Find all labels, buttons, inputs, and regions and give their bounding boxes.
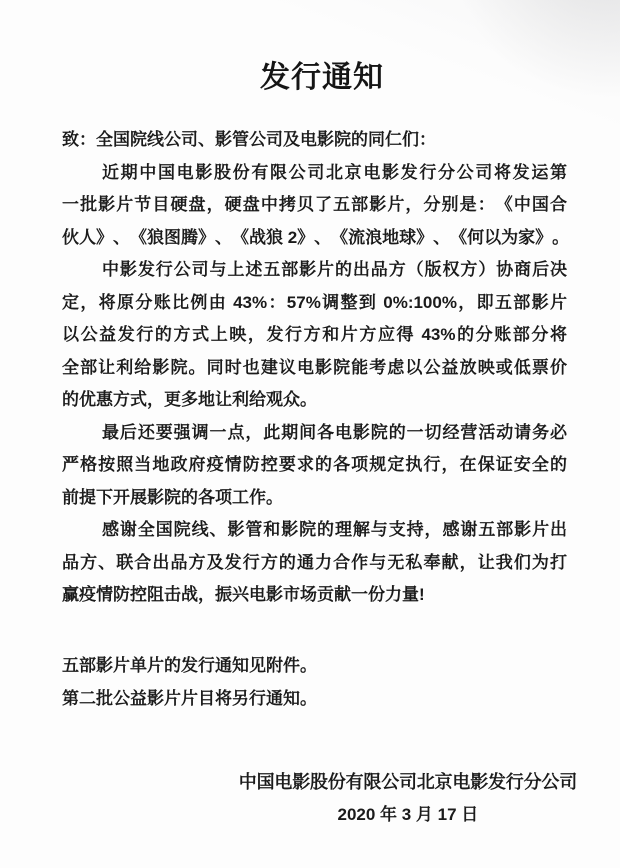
- document-body-text: 致：全国院线公司、影管公司及电影院的同仁们：近期中国电影股份有限公司北京电影发行…: [62, 124, 567, 612]
- body-text-line: 感谢全国院线、影管和影院的理解与支持，感谢五部影片出: [62, 514, 567, 547]
- body-text-line: 一批影片节目硬盘，硬盘中拷贝了五部影片，分别是：《中国合: [62, 189, 567, 222]
- body-text-line: 的优惠方式，更多地让利给观众。: [62, 384, 567, 417]
- body-text-line: 中影发行公司与上述五部影片的出品方（版权方）协商后决: [62, 254, 567, 287]
- body-text-line: 近期中国电影股份有限公司北京电影发行分公司将发运第: [62, 157, 567, 190]
- body-text-line: 最后还要强调一点，此期间各电影院的一切经营活动请务必: [62, 417, 567, 450]
- body-text-line: 赢疫情防控阻击战，振兴电影市场贡献一份力量!: [62, 579, 567, 612]
- signature-date: 2020 年 3 月 17 日: [239, 799, 577, 832]
- body-text-line: 严格按照当地政府疫情防控要求的各项规定执行，在保证安全的: [62, 449, 567, 482]
- body-text-line: 以公益发行的方式上映，发行方和片方应得 43%的分账部分将: [62, 319, 567, 352]
- body-text-line: 定，将原分账比例由 43%：57%调整到 0%:100%，即五部影片: [62, 287, 567, 320]
- body-text-line: 品方、联合出品方及发行方的通力合作与无私奉献，让我们为打: [62, 547, 567, 580]
- attachment-notes: 五部影片单片的发行通知见附件。第二批公益影片片目将另行通知。: [62, 650, 567, 715]
- document-title: 发行通知: [12, 60, 620, 96]
- body-text-line: 致：全国院线公司、影管公司及电影院的同仁们：: [62, 124, 567, 157]
- body-text-line: 全部让利给影院。同时也建议电影院能考虑以公益放映或低票价: [62, 352, 567, 385]
- body-text-line: 伙人》、《狼图腾》、《战狼 2》、《流浪地球》、《何以为家》。: [62, 222, 567, 255]
- signature-block: 中国电影股份有限公司北京电影发行分公司 2020 年 3 月 17 日: [239, 766, 577, 831]
- attachment-note-line: 第二批公益影片片目将另行通知。: [62, 683, 567, 716]
- attachment-note-line: 五部影片单片的发行通知见附件。: [62, 650, 567, 683]
- notice-document-page: { "document": { "title": "发行通知", "body_l…: [0, 0, 620, 868]
- signature-company-name: 中国电影股份有限公司北京电影发行分公司: [239, 766, 577, 799]
- body-text-line: 前提下开展影院的各项工作。: [62, 482, 567, 515]
